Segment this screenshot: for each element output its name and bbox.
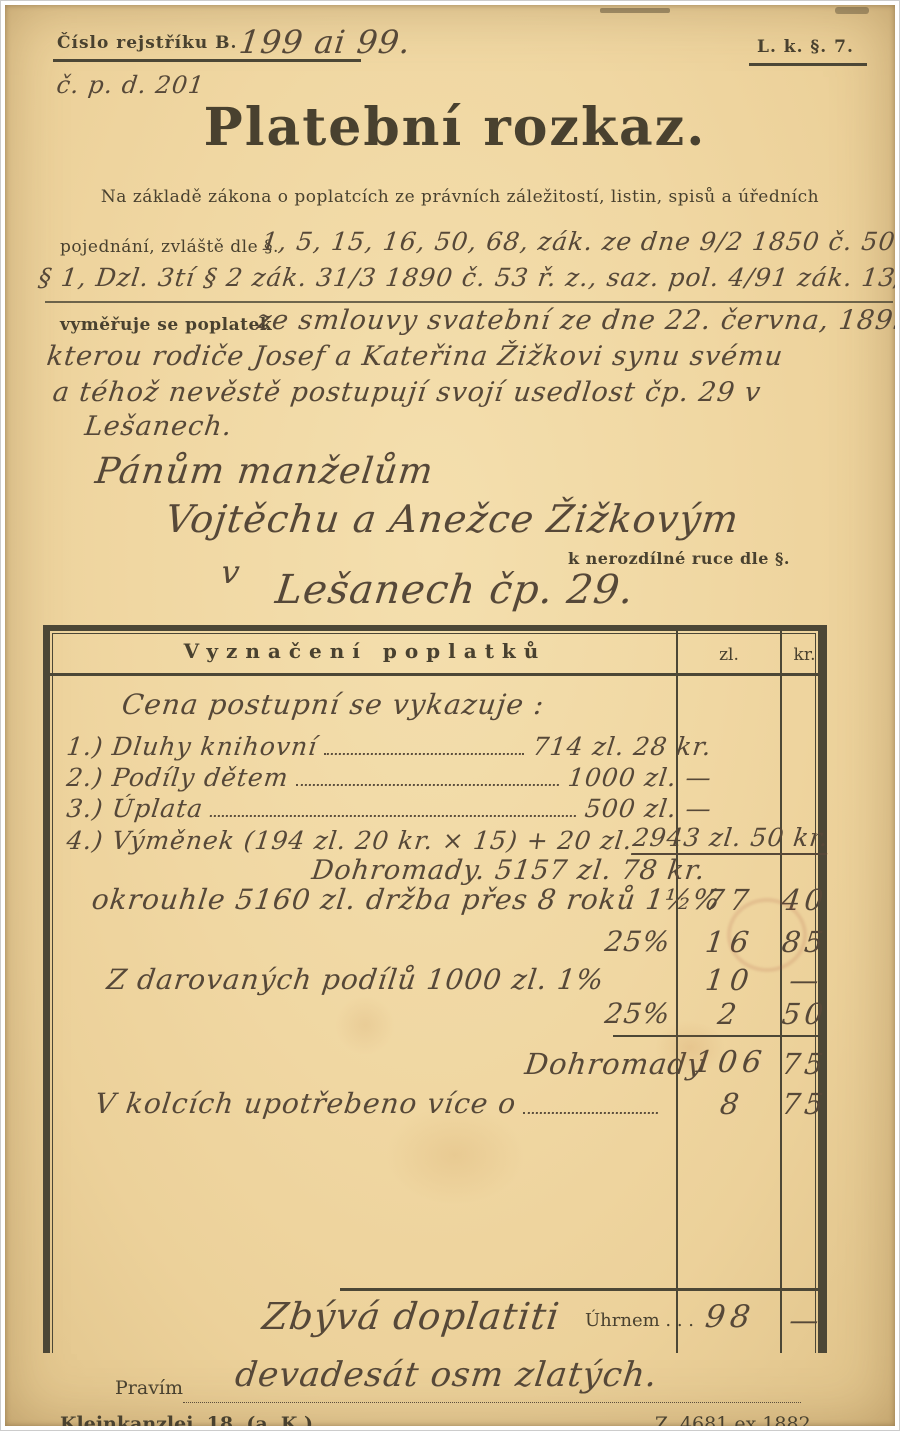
pravim-label: Pravím bbox=[115, 1377, 183, 1399]
law-paragraph-handwritten: 1, 5, 15, 16, 50, 68, zák. ze dne 9/2 18… bbox=[260, 227, 895, 256]
subtotal-rule bbox=[613, 1035, 827, 1037]
file-number: č. p. d. 201 bbox=[55, 71, 206, 99]
table-intro-line: Cena postupní se vykazuje : bbox=[120, 688, 546, 721]
calc-row-1-kr: 40 bbox=[775, 883, 834, 917]
addressee-line-1: Pánům manželům bbox=[93, 451, 436, 492]
item-row-3: 3.) Úplata 500 zl. — bbox=[65, 794, 714, 823]
addressee-line-2: Vojtěchu a Anežce Žižkovým bbox=[163, 497, 742, 541]
fee-printed-label: vyměřuje se poplatek bbox=[60, 315, 272, 335]
calc-row-3-label: Z darovaných podílů 1000 zl. 1% bbox=[105, 963, 606, 996]
fee-handwritten-line-2: kterou rodiče Josef a Kateřina Žižkovi s… bbox=[45, 341, 785, 372]
table-header-title: Vyznačení poplatků bbox=[65, 639, 665, 663]
law-paragraph-underline bbox=[45, 301, 893, 303]
item-label: 4.) Výměnek (194 zl. 20 kr. × 15) + 20 z… bbox=[65, 826, 634, 855]
law-paragraph-handwritten-2: § 1, Dzl. 3tí § 2 zák. 31/3 1890 č. 53 ř… bbox=[37, 263, 895, 292]
addressee-preposition: v bbox=[219, 553, 243, 591]
dotted-leader bbox=[523, 1112, 658, 1114]
law-paragraph-printed: pojednání, zvláště dle §. bbox=[60, 237, 279, 257]
table-header-rule bbox=[50, 673, 820, 676]
calc-row-3-zl: 10 bbox=[678, 963, 782, 997]
item-value: 714 zl. 28 kr. bbox=[531, 732, 713, 761]
edge-smudge bbox=[835, 7, 869, 14]
final-row-handwritten: Zbývá doplatiti bbox=[260, 1295, 562, 1338]
fee-handwritten-line-4: Lešanech. bbox=[83, 411, 234, 442]
item-label: 3.) Úplata bbox=[65, 794, 205, 823]
total-rule bbox=[340, 1288, 827, 1291]
table-header-kr: kr. bbox=[782, 645, 827, 665]
calc-row-6-kr: 75 bbox=[775, 1087, 834, 1121]
fee-handwritten-line-3: a téhož nevěstě postupují svojí usedlost… bbox=[51, 377, 763, 408]
dotted-leader bbox=[296, 784, 560, 786]
item-row-1: 1.) Dluhy knihovní 714 zl. 28 kr. bbox=[65, 732, 714, 761]
item-row-4: 4.) Výměnek (194 zl. 20 kr. × 15) + 20 z… bbox=[65, 823, 714, 855]
calc-row-2-zl: 16 bbox=[678, 925, 782, 959]
calc-row-2-label: 25% bbox=[603, 925, 672, 958]
calc-row-4-label: 25% bbox=[603, 997, 672, 1030]
calc-row-1-label: okrouhle 5160 zl. držba přes 8 roků 1½% bbox=[90, 883, 722, 916]
item-value: 500 zl. — bbox=[583, 794, 713, 823]
addressee-line-3: Lešanech čp. 29. bbox=[273, 567, 637, 613]
calc-row-2-kr: 85 bbox=[775, 925, 834, 959]
law-reference-label: L. k. §. 7. bbox=[757, 37, 854, 57]
final-row-printed: Úhrnem . . . bbox=[585, 1310, 694, 1331]
edge-smudge bbox=[600, 8, 670, 13]
calc-row-6: V kolcích upotřebeno více o bbox=[93, 1087, 669, 1120]
footer-print-reference: Z. 4681 ex 1882 bbox=[655, 1413, 811, 1426]
item-label: 1.) Dluhy knihovní bbox=[65, 732, 319, 761]
calc-row-4-zl: 2 bbox=[678, 997, 782, 1031]
calc-row-4-kr: 50 bbox=[775, 997, 834, 1031]
table-header-zl: zl. bbox=[678, 645, 780, 665]
page-title: Platební rozkaz. bbox=[5, 97, 895, 158]
registry-number-label: Číslo rejstříku B. bbox=[57, 33, 237, 53]
law-reference-underline bbox=[749, 63, 867, 66]
footer-form-id: Kleinkanzlei. 18. (a. K.) bbox=[60, 1413, 313, 1426]
calc-row-1-zl: 77 bbox=[678, 883, 782, 917]
amount-in-words: devadesát osm zlatých. bbox=[233, 1355, 660, 1395]
dotted-leader bbox=[324, 753, 524, 755]
calc-row-3-kr: — bbox=[775, 963, 834, 997]
fee-handwritten-line-1: ze smlouvy svatební ze dne 22. června, 1… bbox=[255, 305, 895, 336]
item-label: 2.) Podíly dětem bbox=[65, 763, 290, 792]
item-row-2: 2.) Podíly dětem 1000 zl. — bbox=[65, 763, 714, 792]
calc-row-6-zl: 8 bbox=[678, 1087, 782, 1121]
calc-row-5-kr: 75 bbox=[775, 1047, 834, 1081]
item-value: 2943 zl. 50 kr. bbox=[631, 823, 831, 855]
dotted-leader bbox=[210, 815, 576, 817]
registry-number-value: 199 ai 99. bbox=[237, 23, 413, 61]
final-row-zl: 98 bbox=[678, 1299, 782, 1335]
joint-hand-stamp: k nerozdílné ruce dle §. bbox=[568, 549, 790, 568]
calc-row-5-zl: 106 bbox=[678, 1045, 782, 1080]
calc-row-6-label: V kolcích upotřebeno více o bbox=[93, 1087, 518, 1120]
item-value: 1000 zl. — bbox=[566, 763, 713, 792]
document-scan: Číslo rejstříku B. 199 ai 99. L. k. §. 7… bbox=[0, 0, 900, 1431]
intro-subtitle: Na základě zákona o poplatcích ze právní… bbox=[65, 187, 855, 207]
paper-background: Číslo rejstříku B. 199 ai 99. L. k. §. 7… bbox=[5, 5, 895, 1426]
final-row-kr: — bbox=[775, 1303, 834, 1337]
items-subtotal: Dohromady. 5157 zl. 78 kr. bbox=[310, 855, 707, 886]
